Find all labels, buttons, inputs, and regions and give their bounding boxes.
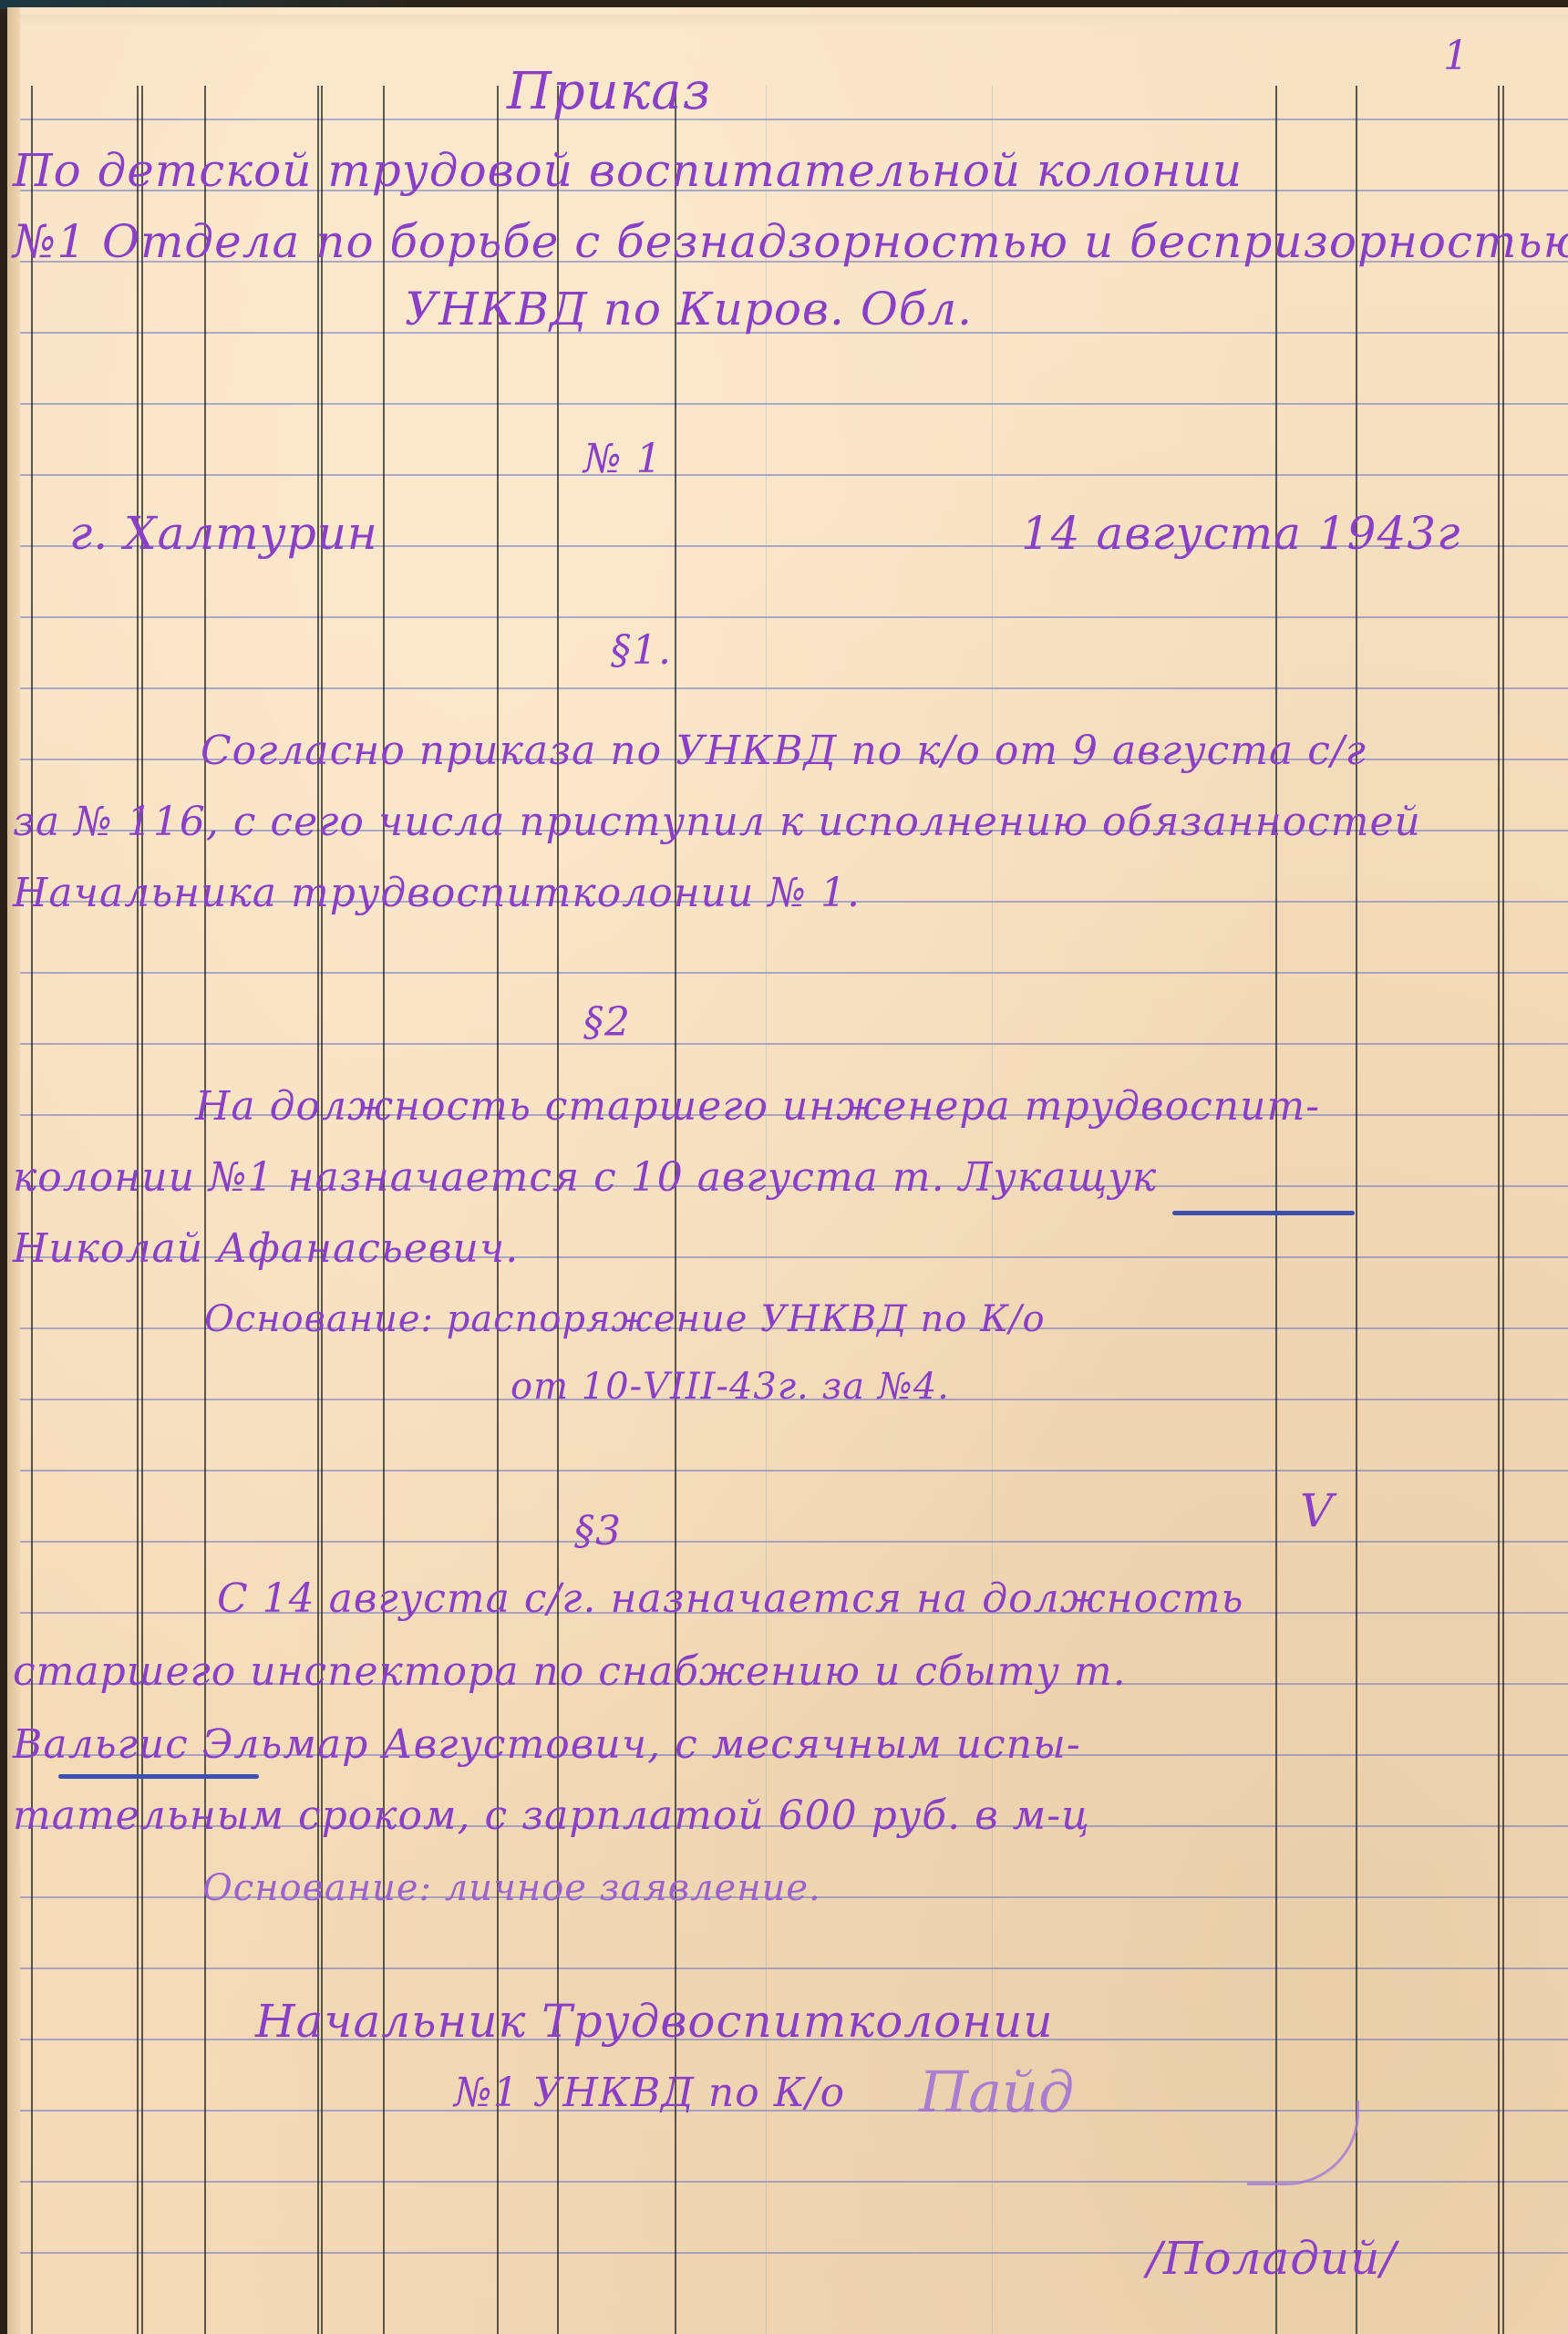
section-2-line-3: Николай Афанасьевич. xyxy=(13,1225,519,1272)
section-3-basis-line-1: Основание: личное заявление. xyxy=(202,1867,821,1909)
section-2-basis-line-1: Основание: распоряжение УНКВД по К/о xyxy=(204,1298,1046,1340)
page-number: 1 xyxy=(1443,33,1470,79)
order-number: № 1 xyxy=(583,436,663,482)
section-3-line-1: С 14 августа с/г. назначается на должнос… xyxy=(217,1575,1243,1622)
handwritten-signature: Пайд xyxy=(919,2059,1074,2125)
page-top-fold xyxy=(20,15,1568,31)
header-line-3: УНКВД по Киров. Обл. xyxy=(405,283,973,336)
document-title: Приказ xyxy=(507,62,711,121)
section-2-line-1: На должность старшего инженера трудвоспи… xyxy=(195,1083,1320,1130)
section-1-line-2: за № 116, с сего числа приступил к испол… xyxy=(13,799,1421,845)
section-1-mark: §1. xyxy=(611,627,672,674)
section-1-line-3: Начальника трудвоспитколонии № 1. xyxy=(13,870,861,916)
signatory-name: /Поладий/ xyxy=(1147,2232,1397,2285)
section-3-line-3: Вальгис Эльмар Августович, с месячным ис… xyxy=(13,1721,1081,1768)
check-mark: V xyxy=(1300,1484,1334,1537)
issue-date: 14 августа 1943г xyxy=(1021,507,1460,560)
name-underline-valgis xyxy=(58,1774,259,1779)
section-2-basis-line-2: от 10-VIII-43г. за №4. xyxy=(511,1366,950,1408)
document-page: 1 Приказ По детской трудовой воспитатель… xyxy=(7,7,1568,2334)
section-3-mark: §3 xyxy=(574,1508,622,1554)
section-2-line-2: колонии №1 назначается с 10 августа т. Л… xyxy=(13,1154,1157,1201)
signature-title-line-1: Начальник Трудвоспитколонии xyxy=(255,1995,1054,2048)
section-1-line-1: Согласно приказа по УНКВД по к/о от 9 ав… xyxy=(201,728,1367,774)
section-3-line-4: тательным сроком, с зарплатой 600 руб. в… xyxy=(13,1792,1090,1839)
signature-title-line-2: №1 УНКВД по К/о xyxy=(454,2070,845,2116)
place-of-issue: г. Халтурин xyxy=(69,507,378,560)
signature-flourish xyxy=(1247,2101,1359,2185)
name-underline-lukashchuk xyxy=(1172,1211,1355,1215)
section-2-mark: §2 xyxy=(583,999,631,1046)
section-3-line-2: старшего инспектора по снабжению и сбыту… xyxy=(13,1648,1127,1695)
header-line-2: №1 Отдела по борьбе с безнадзорностью и … xyxy=(13,215,1568,268)
header-line-1: По детской трудовой воспитательной колон… xyxy=(13,144,1243,197)
